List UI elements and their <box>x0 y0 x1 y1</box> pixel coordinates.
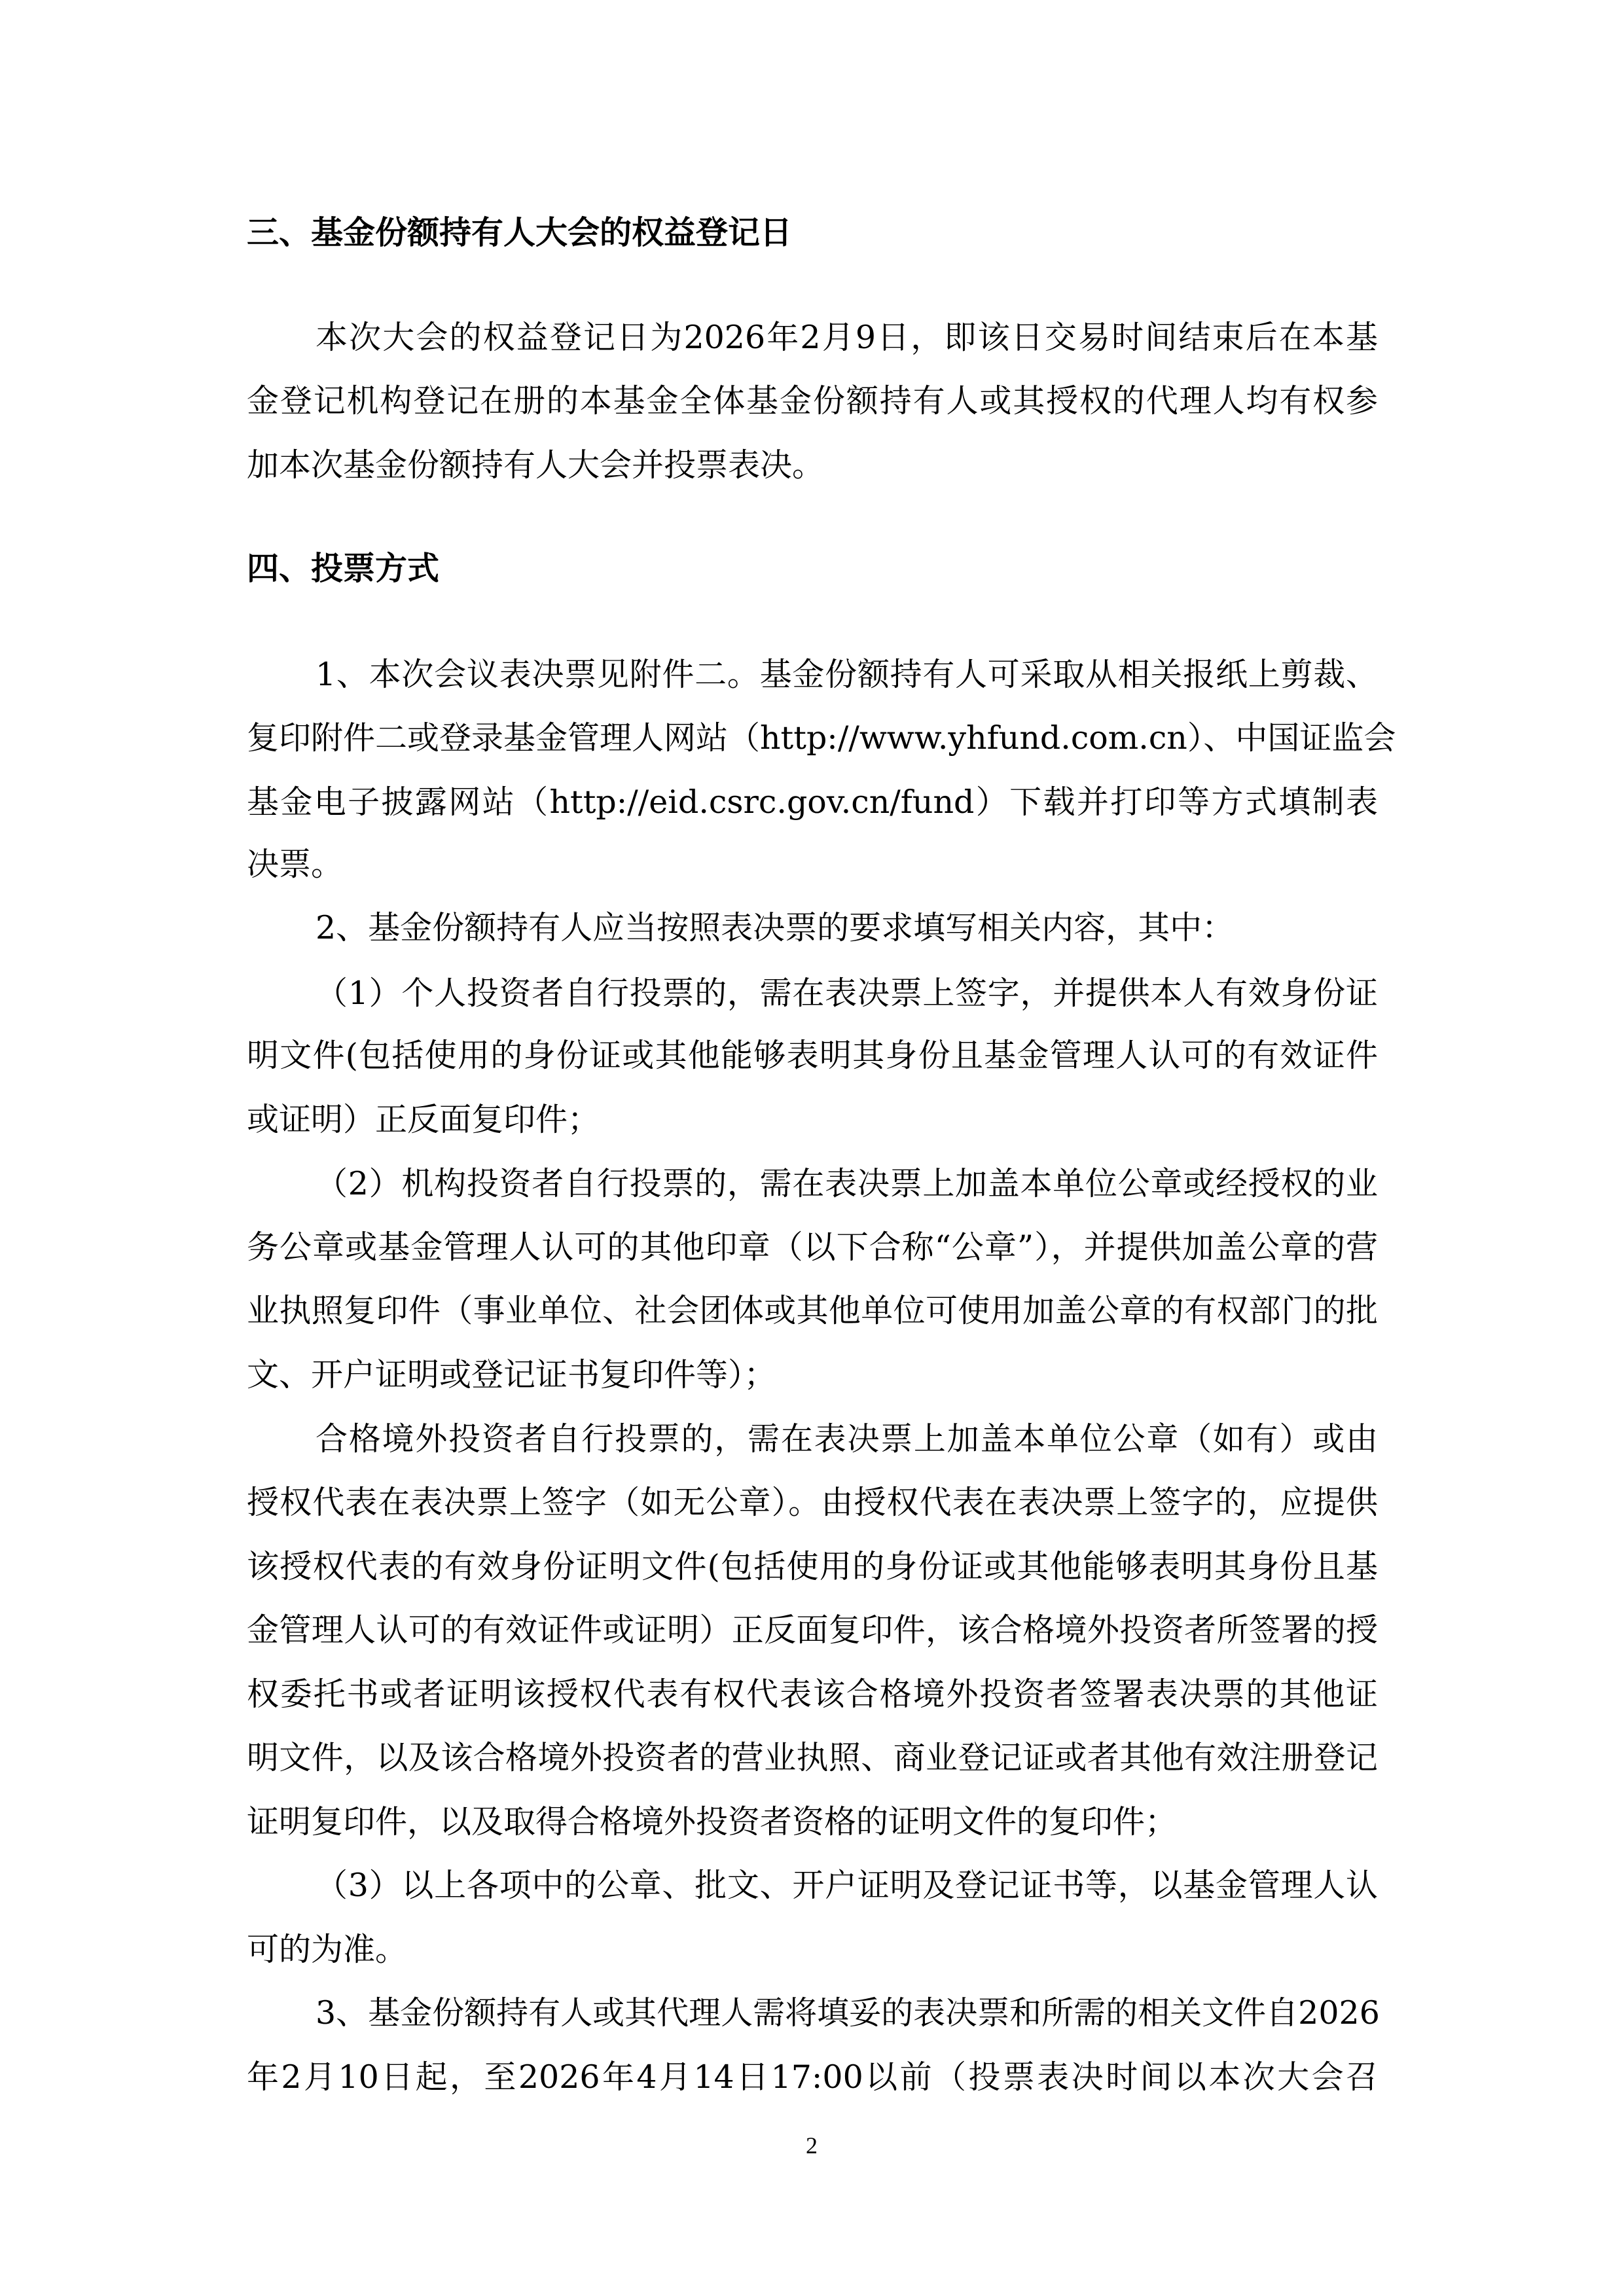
paragraph-line: 金管理人认可的有效证件或证明）正反面复印件，该合格境外投资者所签署的授 <box>247 1613 1378 1647</box>
paragraph-line: 合格境外投资者自行投票的，需在表决票上加盖本单位公章（如有）或由 <box>316 1422 1378 1456</box>
paragraph-line: 文、开户证明或登记证书复印件等）； <box>247 1358 1378 1392</box>
paragraph-line: 年2月10日起，至2026年4月14日17:00以前（投票表决时间以本次大会召 <box>247 2060 1378 2094</box>
paragraph-line: （3）以上各项中的公章、批文、开户证明及登记证书等，以基金管理人认 <box>316 1869 1378 1903</box>
document-page: 三、基金份额持有人大会的权益登记日 本次大会的权益登记日为2026年2月9日，即… <box>0 0 1624 2296</box>
paragraph-line: 明文件，以及该合格境外投资者的营业执照、商业登记证或者其他有效注册登记 <box>247 1741 1378 1775</box>
paragraph-line: 1、本次会议表决票见附件二。基金份额持有人可采取从相关报纸上剪裁、 <box>316 658 1378 692</box>
paragraph-line: 授权代表在表决票上签字（如无公章）。由授权代表在表决票上签字的，应提供 <box>247 1486 1378 1520</box>
paragraph-line: 明文件(包括使用的身份证或其他能够表明其身份且基金管理人认可的有效证件 <box>247 1039 1378 1073</box>
paragraph-line: 基金电子披露网站（http://eid.csrc.gov.cn/fund）下载并… <box>247 785 1378 819</box>
paragraph-line: （2）机构投资者自行投票的，需在表决票上加盖本单位公章或经授权的业 <box>316 1167 1378 1201</box>
paragraph-line: 金登记机构登记在册的本基金全体基金份额持有人或其授权的代理人均有权参 <box>247 384 1378 418</box>
paragraph-line: 务公章或基金管理人认可的其他印章（以下合称“公章”），并提供加盖公章的营 <box>247 1230 1378 1265</box>
page-number: 2 <box>799 2132 825 2159</box>
paragraph-line: 该授权代表的有效身份证明文件(包括使用的身份证或其他能够表明其身份且基 <box>247 1550 1378 1584</box>
paragraph-line: （1）个人投资者自行投票的，需在表决票上签字，并提供本人有效身份证 <box>316 977 1378 1011</box>
paragraph-line: 本次大会的权益登记日为2026年2月9日，即该日交易时间结束后在本基 <box>316 321 1378 355</box>
paragraph-line: 或证明）正反面复印件； <box>247 1103 1378 1137</box>
section-heading-record-date: 三、基金份额持有人大会的权益登记日 <box>247 216 792 250</box>
paragraph-line: 3、基金份额持有人或其代理人需将填妥的表决票和所需的相关文件自2026 <box>316 1996 1378 2030</box>
section-heading-voting-method: 四、投票方式 <box>247 552 439 586</box>
paragraph-line: 决票。 <box>247 848 1378 882</box>
paragraph-line: 复印附件二或登录基金管理人网站（http://www.yhfund.com.cn… <box>247 721 1378 755</box>
paragraph-line: 加本次基金份额持有人大会并投票表决。 <box>247 448 1378 482</box>
paragraph-line: 2、基金份额持有人应当按照表决票的要求填写相关内容，其中： <box>316 911 1378 945</box>
paragraph-line: 业执照复印件（事业单位、社会团体或其他单位可使用加盖公章的有权部门的批 <box>247 1294 1378 1328</box>
paragraph-line: 权委托书或者证明该授权代表有权代表该合格境外投资者签署表决票的其他证 <box>247 1677 1378 1712</box>
paragraph-line: 证明复印件，以及取得合格境外投资者资格的证明文件的复印件； <box>247 1805 1378 1839</box>
paragraph-line: 可的为准。 <box>247 1933 1378 1967</box>
